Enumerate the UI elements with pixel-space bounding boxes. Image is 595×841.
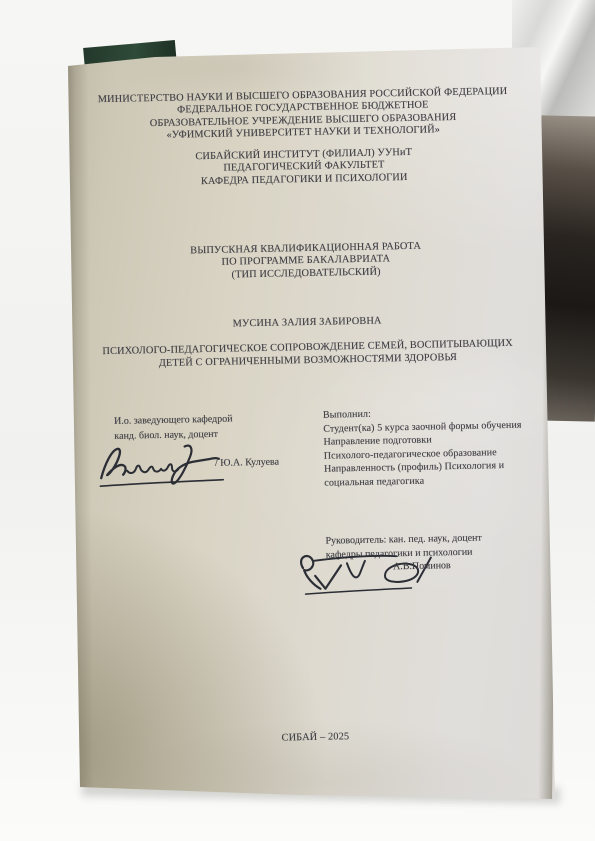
institute-block: СИБАЙСКИЙ ИНСТИТУТ (ФИЛИАЛ) УУНиТ ПЕДАГО… [63, 144, 546, 191]
work-type-block: ВЫПУСКНАЯ КВАЛИФИКАЦИОННАЯ РАБОТА ПО ПРО… [65, 238, 548, 285]
author-name: МУСИНА ЗАЛИЯ ЗАБИРОВНА [66, 312, 548, 334]
thesis-title: ПСИХОЛОГО-ПЕДАГОГИЧЕСКОЕ СОПРОВОЖДЕНИЕ С… [67, 336, 549, 372]
photo-of-thesis-title-page: МИНИСТЕРСТВО НАУКИ И ВЫСШЕГО ОБРАЗОВАНИЯ… [0, 0, 595, 841]
approver-signature-name: / Ю.А. Кулуева [215, 457, 279, 469]
pominov-signature-icon [289, 543, 465, 602]
city-year: СИБАЙ – 2025 [74, 727, 556, 749]
thesis-title-page: МИНИСТЕРСТВО НАУКИ И ВЫСШЕГО ОБРАЗОВАНИЯ… [0, 0, 595, 841]
performer-block: Выполнил: Студент(ка) 5 курса заочной фо… [323, 404, 547, 490]
supervisor-signature-name: А.В.Поминов [393, 560, 451, 572]
page-content: МИНИСТЕРСТВО НАУКИ И ВЫСШЕГО ОБРАЗОВАНИЯ… [61, 41, 558, 803]
ministry-header: МИНИСТЕРСТВО НАУКИ И ВЫСШЕГО ОБРАЗОВАНИЯ… [62, 85, 545, 144]
